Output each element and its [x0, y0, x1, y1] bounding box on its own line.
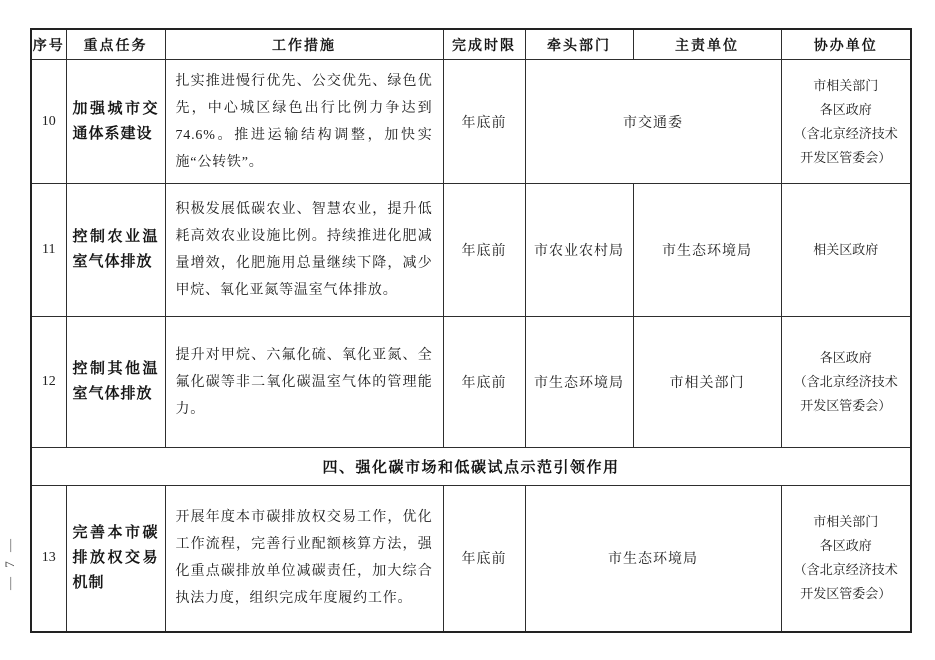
header-assist-unit: 协办单位 — [781, 29, 911, 60]
page-number-label: — 7 — — [2, 536, 18, 590]
main-unit-cell: 市相关部门 — [633, 317, 781, 448]
lead-main-merged-cell: 市交通委 — [525, 60, 781, 184]
row-index-cell: 13 — [31, 486, 66, 632]
row-index-cell: 10 — [31, 60, 66, 184]
measures-cell: 积极发展低碳农业、智慧农业，提升低耗高效农业设施比例。持续推进化肥减量增效，化肥… — [165, 184, 443, 317]
section-header-row: 四、强化碳市场和低碳试点示范引领作用 — [31, 448, 911, 486]
side-page-number: — 7 — — [0, 515, 34, 610]
assist-unit-cell: 市相关部门 各区政府 （含北京经济技术 开发区管委会） — [781, 60, 911, 184]
table-row-13: 13 完善本市碳排放权交易机制 开展年度本市碳排放权交易工作，优化工作流程，完善… — [31, 486, 911, 632]
measures-cell: 扎实推进慢行优先、公交优先、绿色优先，中心城区绿色出行比例力争达到 74.6%。… — [165, 60, 443, 184]
lead-dept-cell: 市生态环境局 — [525, 317, 633, 448]
row-index-cell: 12 — [31, 317, 66, 448]
lead-dept-cell: 市农业农村局 — [525, 184, 633, 317]
document-page: — 7 — 序号 重点任务 工作措施 完成时限 牵头部门 主责单位 协办单位 1… — [0, 0, 935, 660]
header-lead-dept: 牵头部门 — [525, 29, 633, 60]
table-row-11: 11 控制农业温室气体排放 积极发展低碳农业、智慧农业，提升低耗高效农业设施比例… — [31, 184, 911, 317]
work-plan-table: 序号 重点任务 工作措施 完成时限 牵头部门 主责单位 协办单位 10 加强城市… — [30, 28, 912, 633]
measures-cell: 提升对甲烷、六氟化硫、氧化亚氮、全氟化碳等非二氧化碳温室气体的管理能力。 — [165, 317, 443, 448]
task-cell: 控制其他温室气体排放 — [66, 317, 165, 448]
assist-unit-cell: 各区政府 （含北京经济技术 开发区管委会） — [781, 317, 911, 448]
section-header-cell: 四、强化碳市场和低碳试点示范引领作用 — [31, 448, 911, 486]
main-unit-cell: 市生态环境局 — [633, 184, 781, 317]
table-header-row: 序号 重点任务 工作措施 完成时限 牵头部门 主责单位 协办单位 — [31, 29, 911, 60]
assist-unit-cell: 市相关部门 各区政府 （含北京经济技术 开发区管委会） — [781, 486, 911, 632]
task-cell: 完善本市碳排放权交易机制 — [66, 486, 165, 632]
deadline-cell: 年底前 — [443, 60, 525, 184]
table-row-12: 12 控制其他温室气体排放 提升对甲烷、六氟化硫、氧化亚氮、全氟化碳等非二氧化碳… — [31, 317, 911, 448]
measures-cell: 开展年度本市碳排放权交易工作，优化工作流程，完善行业配额核算方法，强化重点碳排放… — [165, 486, 443, 632]
header-main-unit: 主责单位 — [633, 29, 781, 60]
task-cell: 加强城市交通体系建设 — [66, 60, 165, 184]
assist-unit-cell: 相关区政府 — [781, 184, 911, 317]
deadline-cell: 年底前 — [443, 184, 525, 317]
header-deadline: 完成时限 — [443, 29, 525, 60]
lead-main-merged-cell: 市生态环境局 — [525, 486, 781, 632]
deadline-cell: 年底前 — [443, 486, 525, 632]
row-index-cell: 11 — [31, 184, 66, 317]
header-task: 重点任务 — [66, 29, 165, 60]
header-measures: 工作措施 — [165, 29, 443, 60]
header-seq: 序号 — [31, 29, 66, 60]
deadline-cell: 年底前 — [443, 317, 525, 448]
table-row-10: 10 加强城市交通体系建设 扎实推进慢行优先、公交优先、绿色优先，中心城区绿色出… — [31, 60, 911, 184]
task-cell: 控制农业温室气体排放 — [66, 184, 165, 317]
